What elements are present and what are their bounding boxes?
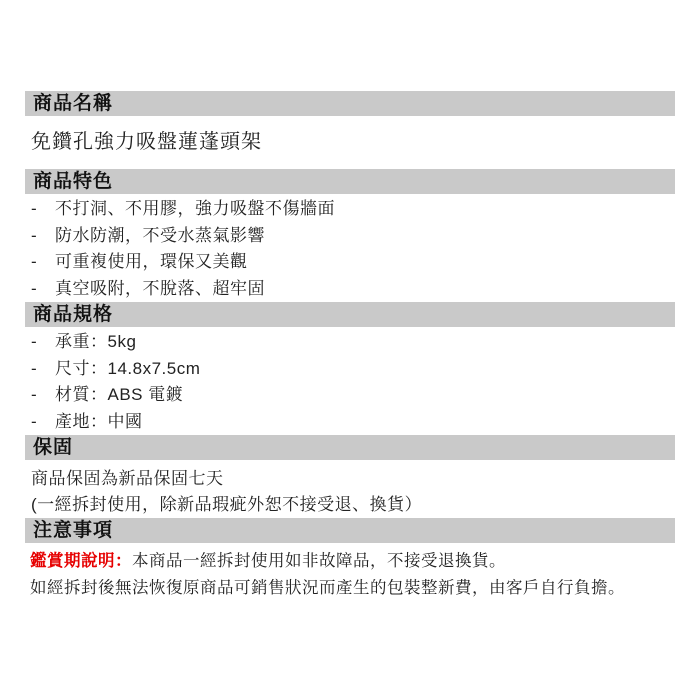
feature-item: - 可重複使用，環保又美觀 — [25, 249, 675, 276]
product-name-text: 免鑽孔強力吸盤蓮蓬頭架 — [25, 130, 675, 154]
spec-item-text: 材質：ABS 電鍍 — [55, 385, 183, 404]
section-title: 保固 — [33, 437, 73, 458]
spec-item: - 產地：中國 — [25, 409, 675, 436]
feature-item: - 真空吸附，不脫落、超牢固 — [25, 276, 675, 303]
dash-bullet-icon: - — [31, 356, 37, 383]
warranty-line-1: 商品保固為新品保固七天 — [31, 466, 675, 492]
feature-item-text: 可重複使用，環保又美觀 — [55, 252, 248, 271]
dash-bullet-icon: - — [31, 196, 37, 223]
notice-line-1-text: 本商品一經拆封使用如非故障品，不接受退換貨。 — [132, 552, 506, 570]
feature-item-text: 真空吸附，不脫落、超牢固 — [55, 279, 265, 298]
spec-item-text: 尺寸：14.8x7.5cm — [55, 359, 200, 378]
section-header-product-name: 商品名稱 — [25, 91, 675, 116]
warranty-text-block: 商品保固為新品保固七天 (一經拆封使用，除新品瑕疵外恕不接受退、換貨） — [25, 466, 675, 518]
dash-bullet-icon: - — [31, 382, 37, 409]
dash-bullet-icon: - — [31, 276, 37, 303]
feature-item: - 防水防潮，不受水蒸氣影響 — [25, 223, 675, 250]
spec-item-text: 產地：中國 — [55, 412, 143, 431]
feature-item-text: 不打洞、不用膠，強力吸盤不傷牆面 — [55, 199, 335, 218]
notice-line-1: 鑑賞期說明：本商品一經拆封使用如非故障品，不接受退換貨。 — [30, 548, 675, 575]
dash-bullet-icon: - — [31, 329, 37, 356]
section-title: 商品規格 — [33, 304, 113, 325]
warranty-line-2: (一經拆封使用，除新品瑕疵外恕不接受退、換貨） — [31, 492, 675, 518]
section-header-notice: 注意事項 — [25, 518, 675, 543]
spec-item: - 材質：ABS 電鍍 — [25, 382, 675, 409]
spec-item-text: 承重：5kg — [55, 332, 136, 351]
notice-highlight-label: 鑑賞期說明： — [30, 552, 132, 570]
spec-list: - 承重：5kg - 尺寸：14.8x7.5cm - 材質：ABS 電鍍 - 產… — [25, 329, 675, 435]
spec-item: - 承重：5kg — [25, 329, 675, 356]
notice-text-block: 鑑賞期說明：本商品一經拆封使用如非故障品，不接受退換貨。 如經拆封後無法恢復原商… — [25, 548, 675, 601]
product-description-page: 商品名稱 免鑽孔強力吸盤蓮蓬頭架 商品特色 - 不打洞、不用膠，強力吸盤不傷牆面… — [25, 0, 675, 601]
section-header-features: 商品特色 — [25, 169, 675, 194]
feature-item: - 不打洞、不用膠，強力吸盤不傷牆面 — [25, 196, 675, 223]
dash-bullet-icon: - — [31, 249, 37, 276]
section-title: 商品特色 — [33, 171, 113, 192]
section-header-warranty: 保固 — [25, 435, 675, 460]
section-header-specs: 商品規格 — [25, 302, 675, 327]
section-title: 注意事項 — [33, 520, 113, 541]
feature-list: - 不打洞、不用膠，強力吸盤不傷牆面 - 防水防潮，不受水蒸氣影響 - 可重複使… — [25, 196, 675, 302]
dash-bullet-icon: - — [31, 223, 37, 250]
notice-line-2: 如經拆封後無法恢復原商品可銷售狀況而產生的包裝整新費，由客戶自行負擔。 — [30, 575, 675, 602]
spec-item: - 尺寸：14.8x7.5cm — [25, 356, 675, 383]
dash-bullet-icon: - — [31, 409, 37, 436]
section-title: 商品名稱 — [33, 93, 113, 114]
feature-item-text: 防水防潮，不受水蒸氣影響 — [55, 226, 265, 245]
